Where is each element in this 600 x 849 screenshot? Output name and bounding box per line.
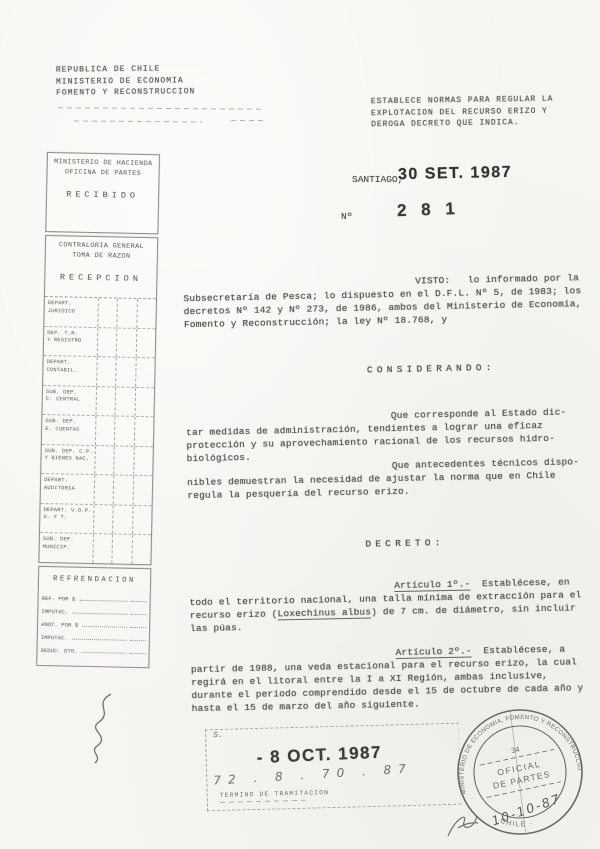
table-row: SUB. DEP. C.P.Y BIENES NAC. — [41, 444, 153, 476]
article-2-lead: Artículo 2º.- — [395, 646, 471, 660]
decreto-title: DECRETO: — [365, 537, 444, 550]
table-row: DEPART.JURIDICO — [44, 297, 156, 329]
received-stamp: MINISTERIO DE HACIENDA OFICINA DE PARTES… — [45, 152, 160, 234]
comptroller-status: RECEPCION — [45, 272, 156, 284]
refrendacion-row: REF. POR $ — [39, 588, 150, 603]
refrendacion-row: IMPUTAC. — [38, 601, 149, 616]
table-row: DEPART.CONTABIL. — [43, 356, 155, 388]
article-1-lead: Artículo 1º.- — [394, 579, 470, 593]
handwritten-date: 10-10-87 — [490, 791, 564, 829]
struck-out-line-3 — [231, 120, 263, 121]
date-stamp-caption: TERMINO DE TRAMITACION — [220, 789, 330, 799]
date-stamp-faint-line — [220, 800, 310, 803]
visto-paragraph: VISTO: lo informado por la Subsecretaría… — [183, 272, 594, 332]
refrendacion-row: DEDUC. DTO. — [37, 640, 148, 655]
refrendacion-row: ANOT. POR $ — [38, 614, 149, 629]
table-row: DEPART. V.O.P.U. Y T. — [40, 503, 152, 535]
city-label: SANTIAGO, — [352, 174, 403, 185]
comptroller-line-1: CONTRALORIA GENERAL — [46, 236, 157, 253]
squiggle-stroke — [94, 694, 111, 763]
subject-block: ESTABLECE NORMAS PARA REGULAR LA EXPLOTA… — [371, 94, 554, 131]
struck-out-line-2 — [74, 121, 202, 123]
scanned-decree-page: REPUBLICA DE CHILE MINISTERIO DE ECONOMI… — [0, 0, 600, 849]
department-table: DEPART.JURIDICO DEP. T.R.Y REGISTRO DEPA… — [39, 296, 156, 564]
handwritten-initials — [444, 806, 492, 840]
decree-body: VISTO: lo informado por la Subsecretaría… — [183, 272, 593, 280]
table-row: SUB. DEP.E. CUENTAS — [42, 415, 154, 447]
considerando-paragraph-2: Que antecedentes técnicos dispo- nibles … — [187, 456, 598, 503]
initials-stroke — [448, 816, 478, 836]
handwritten-s-mark: S. — [213, 731, 223, 740]
decree-number-value: 2 8 1 — [397, 199, 460, 221]
considerando-title: CONSIDERANDO: — [367, 362, 496, 376]
routing-stamp: MINISTERIO DE HACIENDA OFICINA DE PARTES… — [36, 152, 160, 671]
table-row: SUB. DEP.MUNICIP. — [39, 533, 151, 564]
article-1-paragraph: Artículo 1º.- Establécese, en todo el te… — [189, 576, 600, 636]
species-name: Loxechinus albus — [277, 606, 371, 620]
comptroller-stamp: CONTRALORIA GENERAL TOMA DE RAZON RECEPC… — [38, 235, 158, 565]
refrendacion-title: REFRENDACION — [39, 574, 150, 584]
received-stamp-line-1: MINISTERIO DE HACIENDA — [48, 153, 159, 170]
struck-out-line-1 — [58, 107, 263, 109]
decree-number-label: Nº — [341, 211, 352, 222]
table-row: DEP. T.R.Y REGISTRO — [44, 326, 156, 358]
table-row: DEPART.AUDITORIA — [41, 474, 153, 506]
letterhead: REPUBLICA DE CHILE MINISTERIO DE ECONOMI… — [56, 63, 196, 99]
reception-date-stamp: S. - 8 OCT. 1987 72 . 8 . 70 . 87 TERMIN… — [205, 723, 461, 812]
handwritten-squiggle — [84, 690, 122, 766]
table-row: SUB. DEP.C. CENTRAL — [42, 385, 154, 417]
received-stamp-status: RECIBIDO — [47, 189, 158, 201]
subject-line-3: DEROGA DECRETO QUE INDICA. — [371, 117, 554, 131]
refrendacion-row: IMPUTAC. — [38, 627, 149, 642]
handwritten-annotation: 10-10-87 — [444, 788, 600, 848]
letterhead-line-3: FOMENTO Y RECONSTRUCCION — [56, 86, 195, 99]
date-stamp: 30 SET. 1987 — [398, 164, 512, 184]
refrendacion-stamp: REFRENDACION REF. POR $ IMPUTAC. ANOT. P… — [36, 565, 151, 667]
